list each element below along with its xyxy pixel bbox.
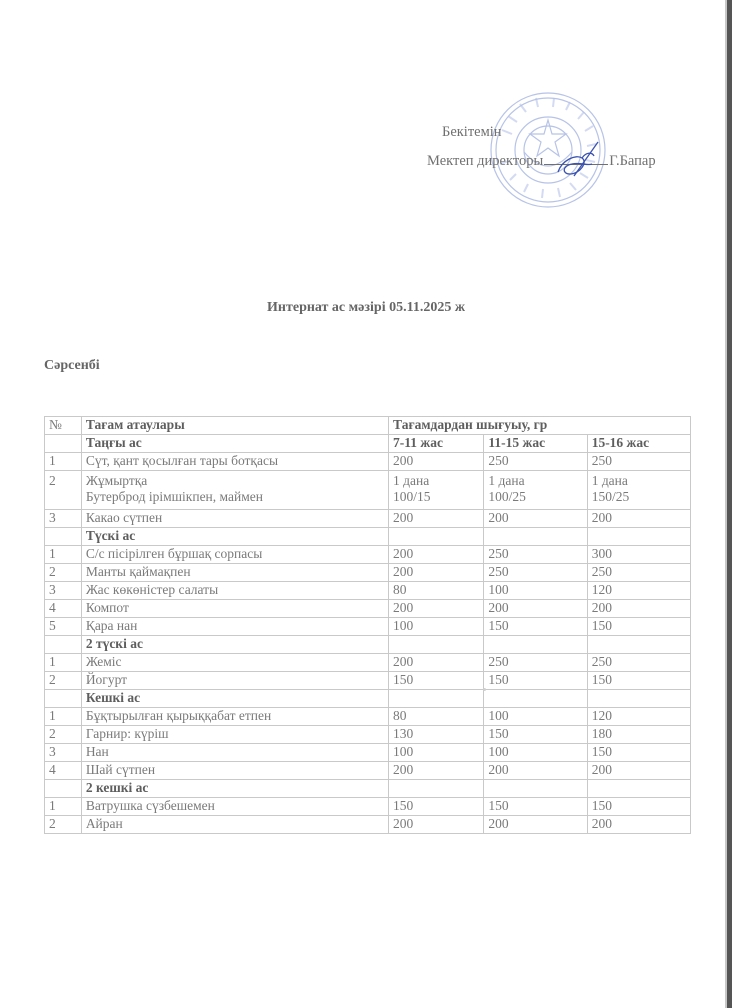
table-row: 1С/с пісірілген бұршақ сорпасы200250300	[45, 546, 691, 564]
portion-cell: 80	[389, 708, 484, 726]
portion-cell: 200	[484, 762, 587, 780]
item-number: 4	[45, 762, 82, 780]
table-row: 1Сүт, қант қосылған тары ботқасы20025025…	[45, 453, 691, 471]
portion-value: 250	[488, 453, 582, 469]
portion-value: 150	[393, 798, 479, 814]
item-number: 5	[45, 618, 82, 636]
table-row: 4Шай сүтпен200200200	[45, 762, 691, 780]
portion-cell: 150	[587, 618, 690, 636]
dish-name: С/с пісірілген бұршақ сорпасы	[86, 546, 384, 562]
item-number: 2	[45, 672, 82, 690]
portion-cell: 250	[587, 453, 690, 471]
portion-cell: 200	[389, 816, 484, 834]
dish-name: Какао сүтпен	[86, 510, 384, 526]
portion-cell: 250	[484, 546, 587, 564]
portion-cell: 100	[484, 582, 587, 600]
portion-value: 1 дана	[488, 473, 582, 489]
portion-cell: 200	[389, 654, 484, 672]
empty-cell	[587, 690, 690, 708]
portion-value: 1 дана	[592, 473, 686, 489]
portion-cell: 200	[484, 600, 587, 618]
empty-cell	[484, 780, 587, 798]
dish-name: Компот	[86, 600, 384, 616]
portion-value: 150	[488, 726, 582, 742]
table-row: 2Айран200200200	[45, 816, 691, 834]
table-row: 2Манты қаймақпен200250250	[45, 564, 691, 582]
portion-cell: 250	[587, 654, 690, 672]
portion-value: 150	[488, 798, 582, 814]
dish-name-cell: Ватрушка сүзбешемен	[81, 798, 388, 816]
portion-value: 100	[488, 582, 582, 598]
table-row: 1Ватрушка сүзбешемен150150150	[45, 798, 691, 816]
table-row: 2Йогурт150150150	[45, 672, 691, 690]
portion-cell: 200	[587, 762, 690, 780]
empty-cell	[389, 690, 484, 708]
portion-value: 100	[393, 744, 479, 760]
dish-name-cell: Нан	[81, 744, 388, 762]
meal-section-row: Таңғы ас7-11 жас11-15 жас15-16 жас	[45, 435, 691, 453]
portion-cell: 150	[587, 744, 690, 762]
dish-name-cell: Сүт, қант қосылған тары ботқасы	[81, 453, 388, 471]
item-number: 4	[45, 600, 82, 618]
portion-value: 100	[488, 744, 582, 760]
section-num-cell	[45, 636, 82, 654]
table-row: 3Какао сүтпен200200200	[45, 510, 691, 528]
portion-value: 100/25	[488, 489, 582, 505]
dish-name: Гарнир: күріш	[86, 726, 384, 742]
meal-section-row: 2 кешкі ас	[45, 780, 691, 798]
item-number: 2	[45, 564, 82, 582]
meal-section-row: 2 түскі ас	[45, 636, 691, 654]
dish-name: Йогурт	[86, 672, 384, 688]
portion-cell: 200	[389, 510, 484, 528]
meal-section-title: Таңғы ас	[81, 435, 388, 453]
dish-name: Ватрушка сүзбешемен	[86, 798, 384, 814]
table-row: 1Жеміс200250250	[45, 654, 691, 672]
portion-cell: 250	[484, 564, 587, 582]
item-number: 1	[45, 654, 82, 672]
portion-value: 200	[393, 510, 479, 526]
portion-cell: 120	[587, 708, 690, 726]
empty-cell	[389, 636, 484, 654]
scan-edge	[727, 0, 732, 1008]
portion-value: 150	[592, 798, 686, 814]
dish-name: Жас көкөністер салаты	[86, 582, 384, 598]
portion-value: 80	[393, 708, 479, 724]
portion-cell: 100	[389, 744, 484, 762]
dish-name-cell: Манты қаймақпен	[81, 564, 388, 582]
table-row: 2ЖұмыртқаБутерброд ірімшікпен, маймен1 д…	[45, 471, 691, 510]
portion-cell: 200	[389, 600, 484, 618]
header-num: №	[45, 417, 82, 435]
empty-cell	[484, 690, 587, 708]
dish-name: Нан	[86, 744, 384, 760]
meal-section-title: 2 кешкі ас	[81, 780, 388, 798]
portion-value: 200	[592, 510, 686, 526]
portion-cell: 300	[587, 546, 690, 564]
age-group-header: 11-15 жас	[484, 435, 587, 453]
approval-title: Бекітемін	[442, 124, 502, 141]
section-num-cell	[45, 690, 82, 708]
portion-cell: 250	[484, 453, 587, 471]
portion-value: 150/25	[592, 489, 686, 505]
meal-section-title: Кешкі ас	[81, 690, 388, 708]
meal-section-title: Түскі ас	[81, 528, 388, 546]
portion-value: 120	[592, 708, 686, 724]
portion-cell: 1 дана100/15	[389, 471, 484, 510]
dish-name: Манты қаймақпен	[86, 564, 384, 580]
portion-cell: 150	[587, 672, 690, 690]
signature-icon	[552, 138, 608, 180]
portion-cell: 100	[484, 744, 587, 762]
section-num-cell	[45, 780, 82, 798]
item-number: 1	[45, 798, 82, 816]
portion-value: 300	[592, 546, 686, 562]
meal-section-row: Кешкі ас	[45, 690, 691, 708]
scan-speck	[483, 688, 486, 691]
item-number: 3	[45, 510, 82, 528]
portion-value: 80	[393, 582, 479, 598]
dish-name: Қара нан	[86, 618, 384, 634]
empty-cell	[587, 780, 690, 798]
portion-cell: 130	[389, 726, 484, 744]
dish-name: Бұқтырылған қырыққабат етпен	[86, 708, 384, 724]
dish-name-cell: Компот	[81, 600, 388, 618]
item-number: 1	[45, 453, 82, 471]
dish-name: Жұмыртқа	[86, 473, 384, 489]
portion-value: 150	[592, 744, 686, 760]
portion-value: 200	[488, 600, 582, 616]
table-row: 5Қара нан100150150	[45, 618, 691, 636]
section-num-cell	[45, 528, 82, 546]
item-number: 1	[45, 546, 82, 564]
portion-cell: 200	[389, 453, 484, 471]
portion-value: 250	[488, 564, 582, 580]
portion-value: 150	[393, 672, 479, 688]
dish-name-cell: Какао сүтпен	[81, 510, 388, 528]
portion-value: 200	[488, 816, 582, 832]
age-group-header: 7-11 жас	[389, 435, 484, 453]
portion-value: 150	[488, 672, 582, 688]
dish-name-cell: Қара нан	[81, 618, 388, 636]
portion-value: 250	[488, 654, 582, 670]
header-dish-name: Тағам атаулары	[81, 417, 388, 435]
item-number: 2	[45, 816, 82, 834]
portion-cell: 250	[484, 654, 587, 672]
portion-cell: 150	[484, 618, 587, 636]
item-number: 3	[45, 744, 82, 762]
document-title: Интернат ас мәзірі 05.11.2025 ж	[0, 300, 732, 316]
header-output: Тағамдардан шығуыу, гр	[389, 417, 691, 435]
item-number: 2	[45, 726, 82, 744]
portion-cell: 150	[484, 726, 587, 744]
portion-value: 180	[592, 726, 686, 742]
portion-cell: 200	[587, 600, 690, 618]
portion-value: 200	[592, 816, 686, 832]
empty-cell	[389, 528, 484, 546]
portion-value: 100/15	[393, 489, 479, 505]
portion-cell: 200	[389, 546, 484, 564]
portion-value: 130	[393, 726, 479, 742]
portion-cell: 200	[587, 816, 690, 834]
portion-cell: 100	[484, 708, 587, 726]
portion-value: 200	[393, 546, 479, 562]
dish-name-cell: Жеміс	[81, 654, 388, 672]
item-number: 3	[45, 582, 82, 600]
portion-cell: 200	[484, 816, 587, 834]
portion-value: 200	[393, 762, 479, 778]
portion-value: 200	[393, 654, 479, 670]
portion-cell: 150	[587, 798, 690, 816]
portion-value: 200	[488, 510, 582, 526]
dish-name-cell: ЖұмыртқаБутерброд ірімшікпен, маймен	[81, 471, 388, 510]
empty-cell	[484, 528, 587, 546]
portion-value: 250	[592, 453, 686, 469]
portion-cell: 150	[389, 672, 484, 690]
dish-name-cell: Гарнир: күріш	[81, 726, 388, 744]
portion-cell: 80	[389, 582, 484, 600]
item-number: 1	[45, 708, 82, 726]
portion-value: 200	[393, 816, 479, 832]
dish-name: Айран	[86, 816, 384, 832]
approval-signer: Г.Бапар	[609, 153, 655, 169]
portion-value: 1 дана	[393, 473, 479, 489]
dish-name: Жеміс	[86, 654, 384, 670]
portion-cell: 200	[389, 762, 484, 780]
meal-section-title: 2 түскі ас	[81, 636, 388, 654]
portion-value: 200	[393, 564, 479, 580]
portion-cell: 150	[484, 798, 587, 816]
portion-cell: 150	[484, 672, 587, 690]
table-row: 4Компот200200200	[45, 600, 691, 618]
dish-name-cell: Айран	[81, 816, 388, 834]
section-num-cell	[45, 435, 82, 453]
dish-name: Шай сүтпен	[86, 762, 384, 778]
portion-value: 200	[393, 600, 479, 616]
portion-value: 250	[592, 654, 686, 670]
empty-cell	[587, 636, 690, 654]
portion-value: 100	[488, 708, 582, 724]
dish-name: Бутерброд ірімшікпен, маймен	[86, 489, 384, 505]
portion-cell: 200	[389, 564, 484, 582]
meal-section-row: Түскі ас	[45, 528, 691, 546]
portion-value: 250	[488, 546, 582, 562]
table-row: 3Жас көкөністер салаты80100120	[45, 582, 691, 600]
item-number: 2	[45, 471, 82, 510]
age-group-header: 15-16 жас	[587, 435, 690, 453]
portion-cell: 1 дана150/25	[587, 471, 690, 510]
approval-position: Мектеп директоры	[427, 153, 543, 169]
portion-value: 200	[393, 453, 479, 469]
portion-value: 100	[393, 618, 479, 634]
dish-name-cell: Йогурт	[81, 672, 388, 690]
portion-cell: 120	[587, 582, 690, 600]
portion-cell: 100	[389, 618, 484, 636]
portion-cell: 1 дана100/25	[484, 471, 587, 510]
day-of-week: Сәрсенбі	[44, 358, 100, 374]
table-header-row: №Тағам атауларыТағамдардан шығуыу, гр	[45, 417, 691, 435]
portion-value: 120	[592, 582, 686, 598]
approval-line: Мектеп директорыГ.Бапар	[427, 152, 656, 170]
portion-value: 250	[592, 564, 686, 580]
portion-value: 200	[592, 762, 686, 778]
portion-cell: 180	[587, 726, 690, 744]
menu-table: №Тағам атауларыТағамдардан шығуыу, грТаң…	[44, 416, 691, 834]
table-row: 3Нан100100150	[45, 744, 691, 762]
dish-name: Сүт, қант қосылған тары ботқасы	[86, 453, 384, 469]
portion-cell: 150	[389, 798, 484, 816]
portion-cell: 250	[587, 564, 690, 582]
portion-value: 200	[488, 762, 582, 778]
portion-value: 150	[488, 618, 582, 634]
empty-cell	[484, 636, 587, 654]
portion-cell: 200	[587, 510, 690, 528]
portion-value: 150	[592, 618, 686, 634]
empty-cell	[389, 780, 484, 798]
table-row: 1Бұқтырылған қырыққабат етпен80100120	[45, 708, 691, 726]
portion-value: 150	[592, 672, 686, 688]
dish-name-cell: Бұқтырылған қырыққабат етпен	[81, 708, 388, 726]
portion-value: 200	[592, 600, 686, 616]
portion-cell: 200	[484, 510, 587, 528]
dish-name-cell: С/с пісірілген бұршақ сорпасы	[81, 546, 388, 564]
table-row: 2Гарнир: күріш130150180	[45, 726, 691, 744]
dish-name-cell: Жас көкөністер салаты	[81, 582, 388, 600]
dish-name-cell: Шай сүтпен	[81, 762, 388, 780]
empty-cell	[587, 528, 690, 546]
